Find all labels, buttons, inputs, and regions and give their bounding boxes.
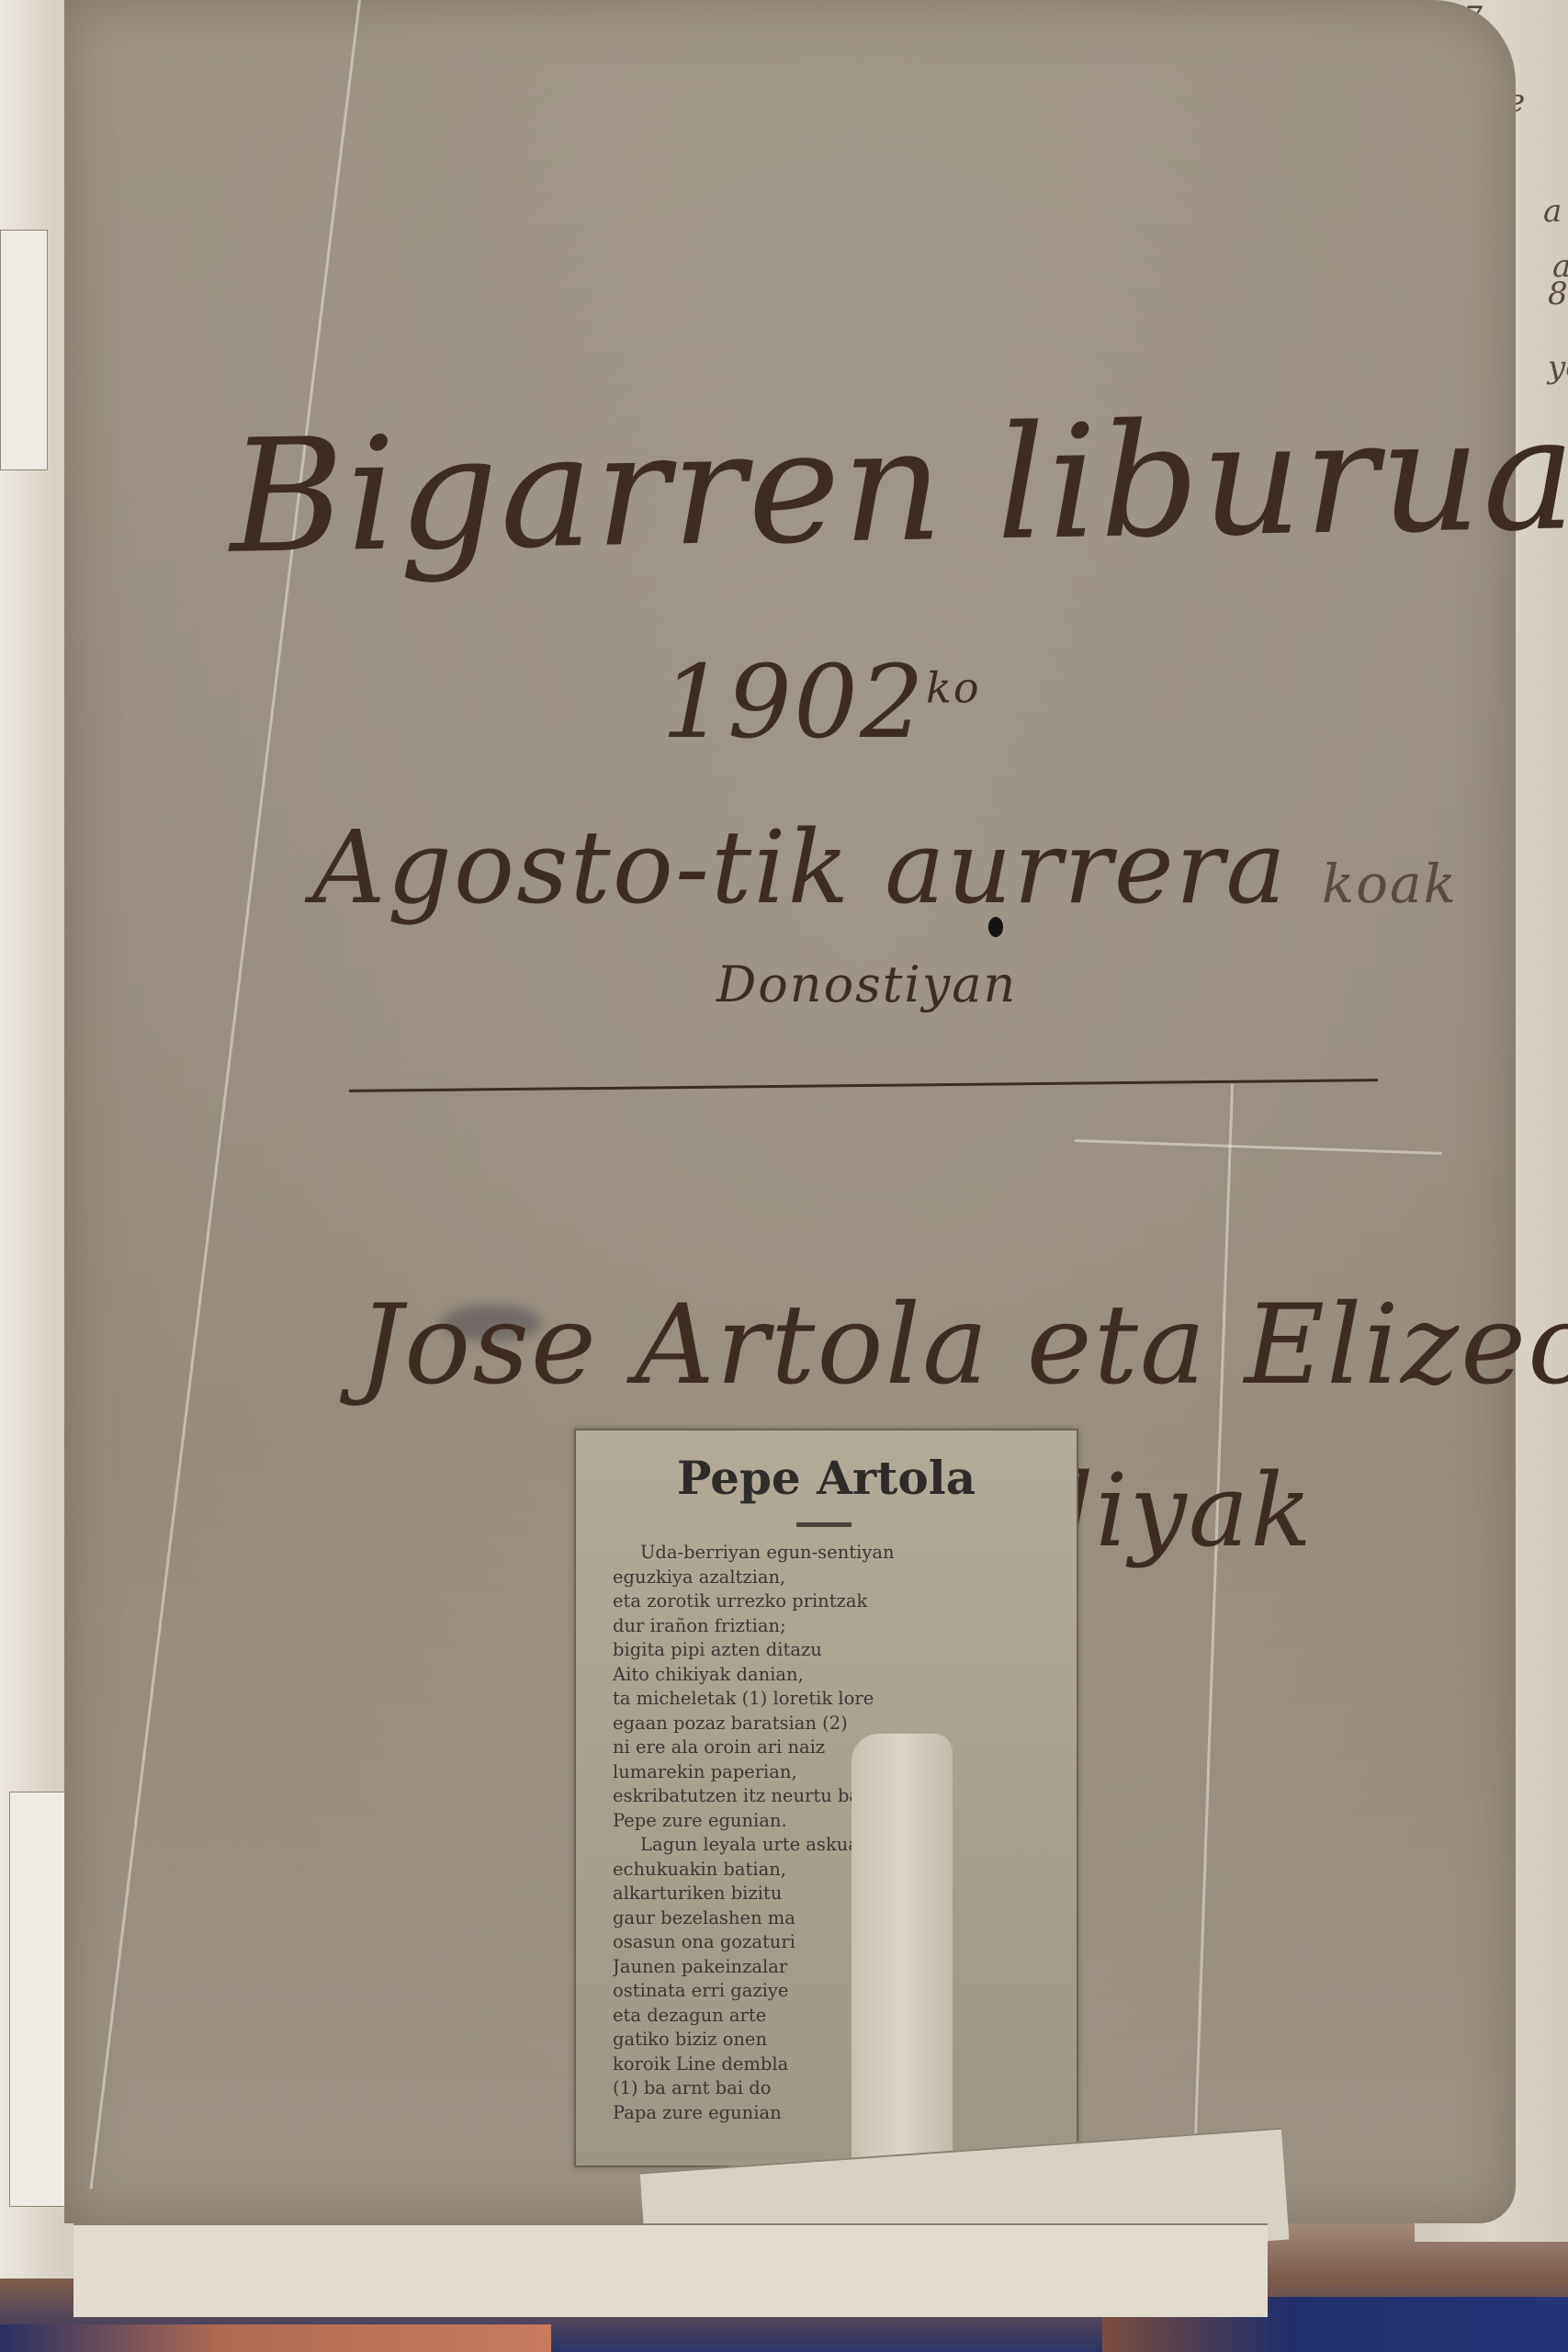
clipping-line: Jaunen pakeinzalar	[613, 1955, 1054, 1980]
subtitle-faded-text: koak	[1322, 853, 1458, 915]
clipping-line: bigita pipi azten ditazu	[613, 1638, 1054, 1663]
paper-crease	[90, 0, 361, 2188]
clipping-line: eskribatutzen itz neurtu batzik	[613, 1784, 1054, 1809]
margin-text-fragment: yo 1	[1548, 349, 1568, 386]
clipping-line: ta micheletak (1) loretik lore	[613, 1687, 1054, 1712]
author-name: Jose Artola eta Elizechea	[358, 1282, 1568, 1409]
photo-scene: a (7 ee a a 8 16 yo 1 Bigarren liburua 1…	[0, 0, 1568, 2352]
clipping-line: eguzkiya azaltzian,	[613, 1566, 1054, 1590]
clipping-line: Pepe zure egunian.	[613, 1809, 1054, 1834]
clipping-line: gaur bezelashen ma	[613, 1906, 1054, 1931]
clipping-heading: Pepe Artola	[576, 1451, 1077, 1505]
clipping-line: echukuakin batian,	[613, 1858, 1054, 1883]
paper-crease	[1075, 1139, 1442, 1155]
clipping-line: osasun ona gozaturi	[613, 1930, 1054, 1955]
torn-flap	[0, 230, 48, 470]
notebook-year: 1902ko	[661, 643, 981, 761]
rug-background	[0, 2324, 551, 2352]
clipping-line: Papa zure egunian	[613, 2101, 1054, 2126]
clipping-poem: Uda-berriyan egun-sentiyan eguzkiya azal…	[613, 1541, 1054, 2125]
paper-crease	[1192, 1084, 1234, 2186]
notebook-subtitle: Agosto-tik aurrera koak	[312, 808, 1458, 926]
clipping-line: dur irañon friztian;	[613, 1614, 1054, 1639]
notebook-title: Bigarren liburua	[228, 383, 1568, 589]
clipping-line: alkarturiken bizitu	[613, 1882, 1054, 1906]
clipping-line: ni ere ala oroin ari naiz	[613, 1736, 1054, 1760]
clipping-torn-area	[852, 1734, 953, 2165]
clipping-line: Uda-berriyan egun-sentiyan	[613, 1541, 1054, 1566]
year-value: 1902	[661, 643, 926, 761]
clipping-line: Aito chikiyak danian,	[613, 1663, 1054, 1688]
clipping-line: (1) ba arnt bai do	[613, 2076, 1054, 2101]
clipping-separator	[796, 1522, 852, 1527]
clipping-line: ostinata erri gaziye	[613, 1979, 1054, 2004]
ink-dot	[988, 917, 1003, 937]
margin-text-fragment: a	[1543, 193, 1562, 230]
newspaper-clipping: Pepe Artola Uda-berriyan egun-sentiyan e…	[574, 1429, 1078, 2167]
clipping-line: lumarekin paperian,	[613, 1760, 1054, 1785]
clipping-line: gatiko biziz onen	[613, 2028, 1054, 2052]
clipping-line: egaan pozaz baratsian (2)	[613, 1712, 1054, 1736]
clipping-line: koroik Line dembla	[613, 2052, 1054, 2077]
clipping-line: eta dezagun arte	[613, 2004, 1054, 2029]
notebook-place: Donostiyan	[716, 955, 1017, 1013]
subtitle-text: Agosto-tik aurrera	[312, 808, 1288, 926]
clipping-line: eta zorotik urrezko printzak	[613, 1589, 1054, 1614]
clipping-line: Lagun leyala urte askuan	[613, 1833, 1054, 1858]
torn-bottom-fragment	[73, 2223, 1268, 2317]
margin-text-fragment: 8 16	[1548, 276, 1568, 312]
year-suffix: ko	[926, 662, 981, 712]
